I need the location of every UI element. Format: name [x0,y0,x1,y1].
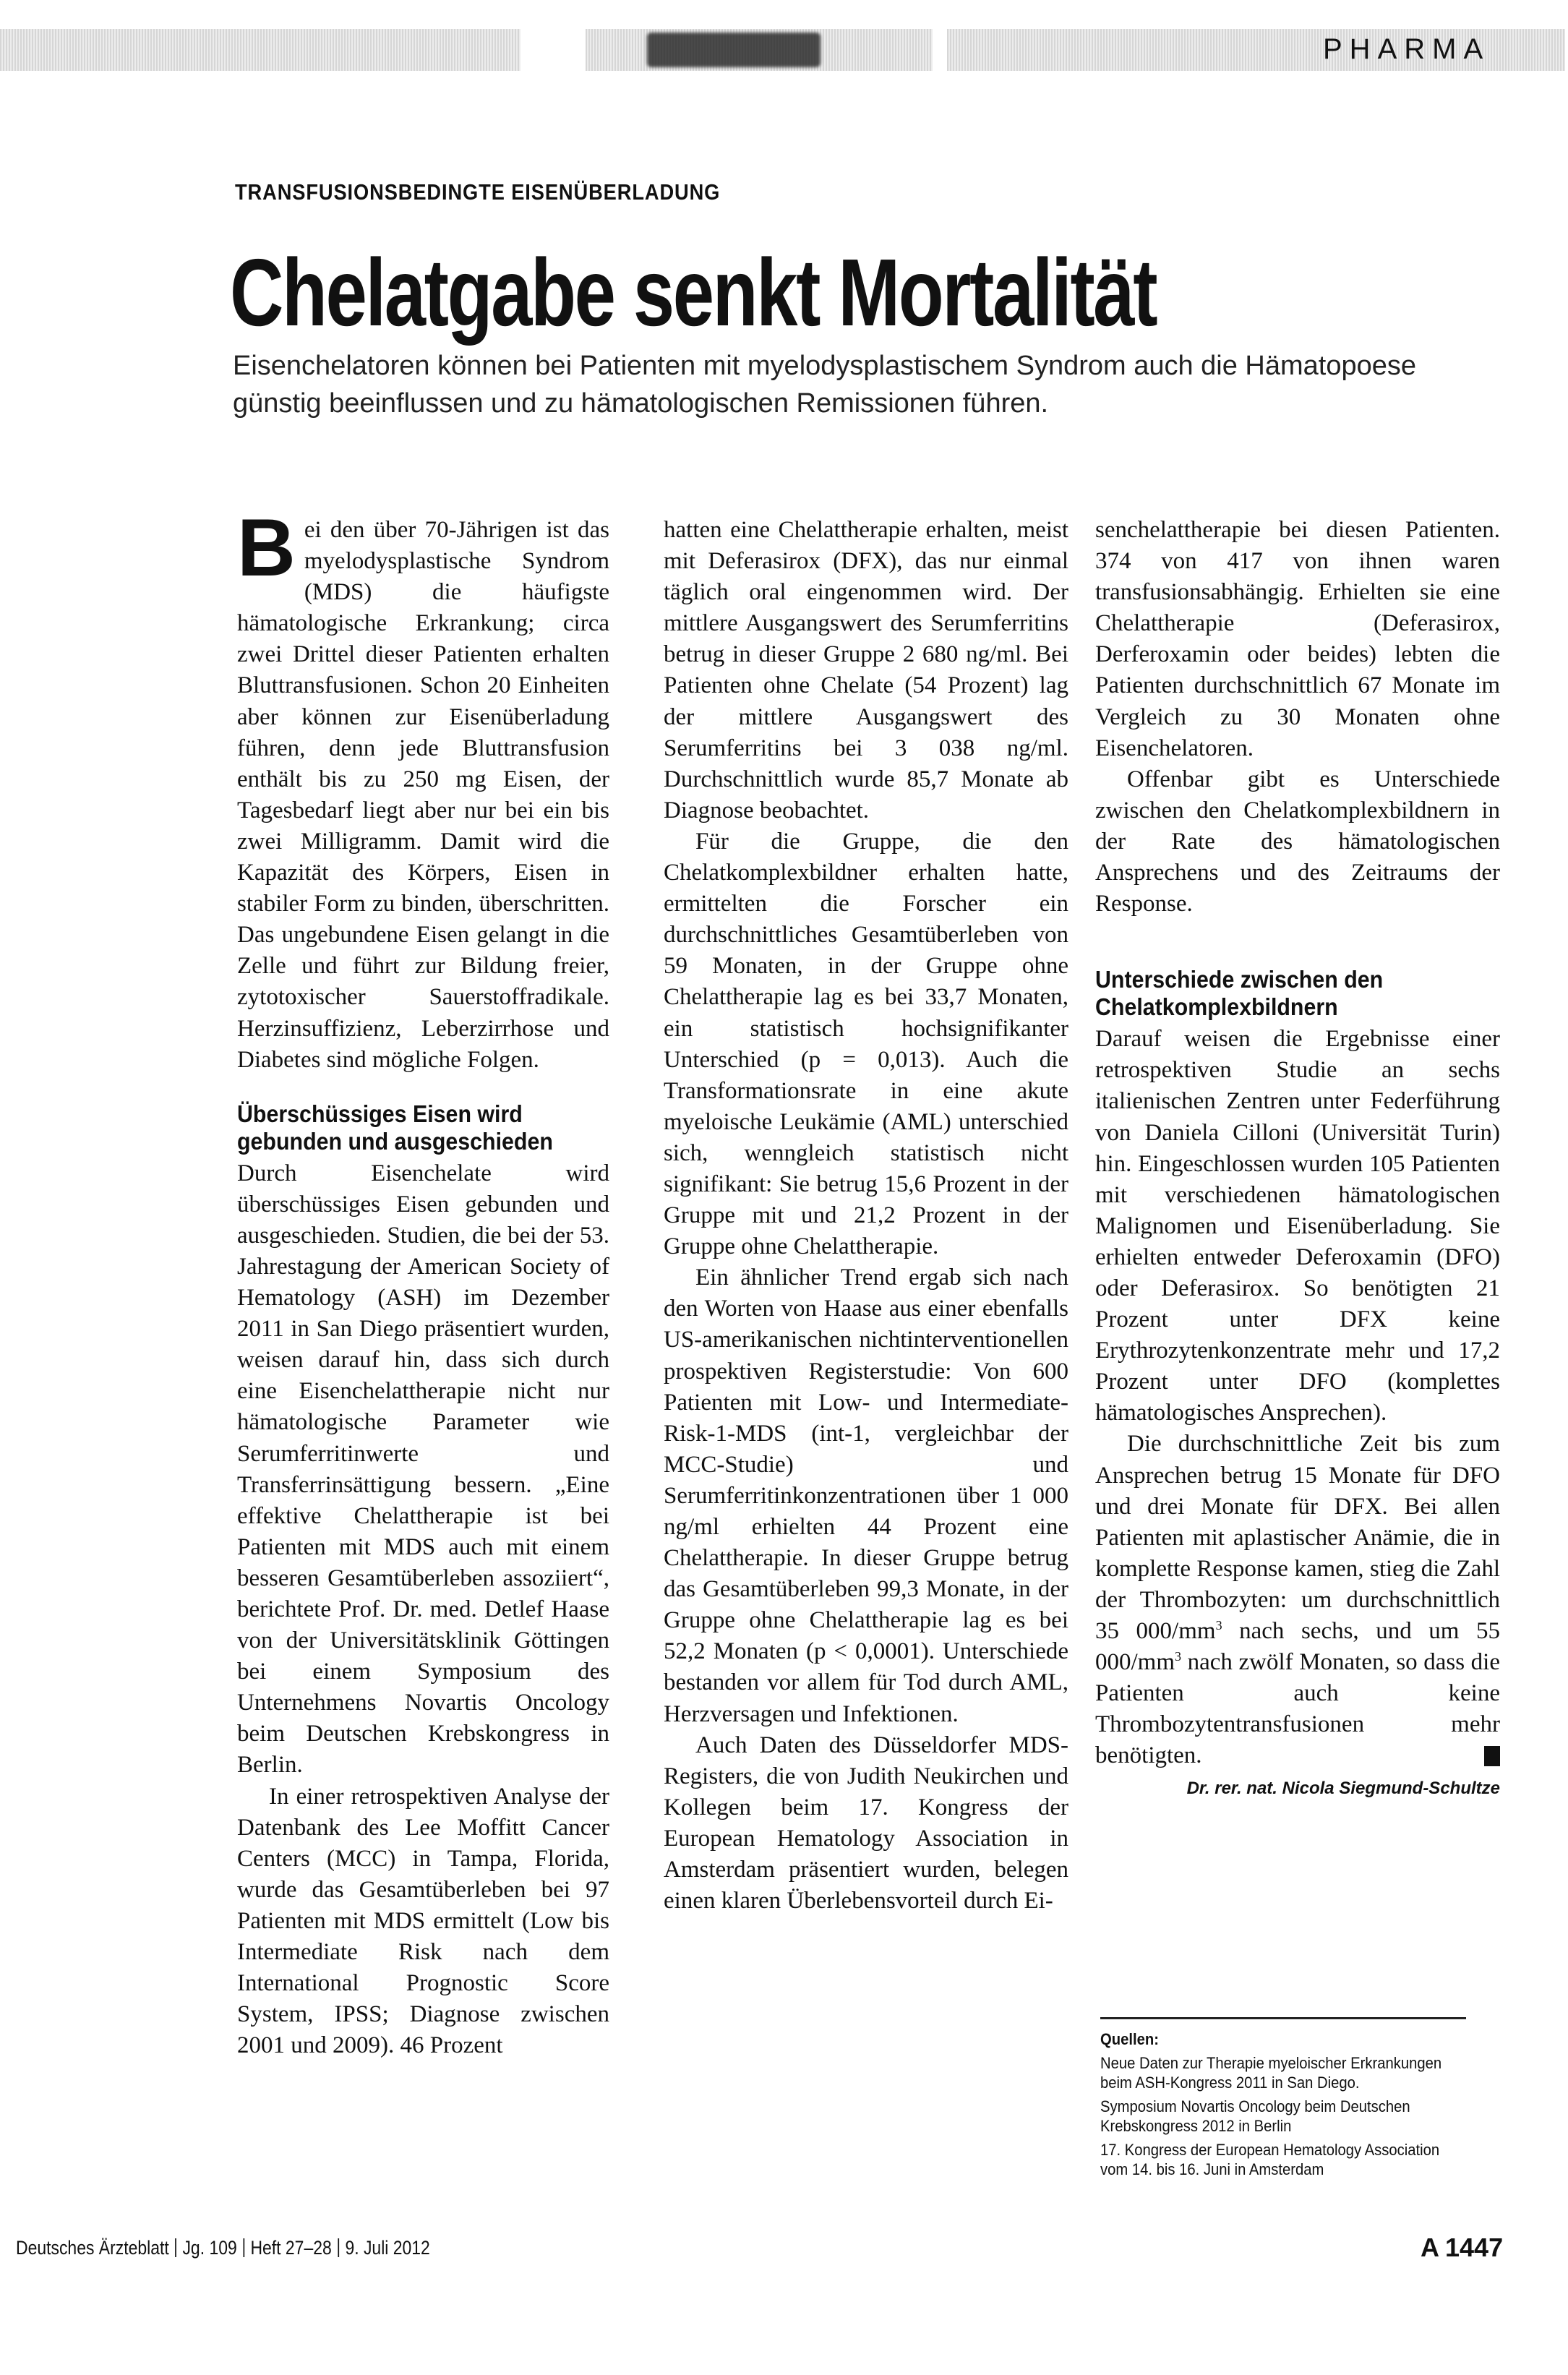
page-number: A1447 [1421,2233,1503,2263]
header-logo-blot [647,33,821,67]
paragraph: Auch Daten des Düsseldorfer MDS-Register… [664,1730,1068,1917]
divider [175,2238,176,2257]
author-byline: Dr. rer. nat. Nicola Siegmund-Schultze [1095,1774,1500,1803]
article-dek: Eisenchelatoren können bei Patienten mit… [233,347,1505,422]
page-prefix: A [1421,2233,1439,2262]
header-band-left [0,29,520,71]
paragraph-text: ei den über 70-Jährigen ist das myelodys… [237,517,609,1073]
divider [338,2238,339,2257]
page-number-value: 1447 [1445,2233,1503,2262]
superscript: 3 [1216,1618,1222,1632]
drop-cap: B [237,518,296,578]
divider [243,2238,244,2257]
paragraph-text: Die durchschnittliche Zeit bis zum Anspr… [1095,1431,1500,1644]
article-column-2: hatten eine Chelattherapie erhalten, mei… [664,515,1068,1917]
source-item: 17. Kongress der European Hematology Ass… [1100,2140,1466,2179]
paragraph: Darauf weisen die Ergebnisse einer retro… [1095,1024,1500,1429]
subheading: Überschüssiges Eisen wird gebunden und a… [237,1100,580,1155]
paragraph: Die durchschnittliche Zeit bis zum Anspr… [1095,1429,1500,1771]
sources-heading: Quellen: [1100,2029,1466,2049]
article-column-3: senchelattherapie bei diesen Patienten. … [1095,515,1500,1803]
issue: Heft 27–28 [250,2237,331,2259]
paragraph: hatten eine Chelattherapie erhalten, mei… [664,515,1068,826]
issue-date: 9. Juli 2012 [345,2237,429,2259]
paragraph: Für die Gruppe, die den Chelatkomplexbil… [664,826,1068,1262]
publication-name: Deutsches Ärzteblatt [16,2237,169,2259]
source-item: Symposium Novartis Oncology beim Deutsch… [1100,2097,1466,2136]
end-of-article-icon [1484,1746,1500,1766]
article-headline: Chelatgabe senkt Mortalität [230,239,1156,347]
source-item: Neue Daten zur Therapie myeloischer Erkr… [1100,2053,1466,2092]
volume: Jg. 109 [182,2237,236,2259]
subheading: Unterschiede zwischen den Chelatkomplexb… [1095,966,1468,1021]
footer-citation: Deutsches ÄrzteblattJg. 109Heft 27–289. … [16,2237,430,2259]
article-column-1: Bei den über 70-Jährigen ist das myelody… [237,515,609,2061]
paragraph: Offenbar gibt es Unterschiede zwischen d… [1095,764,1500,920]
superscript: 3 [1175,1649,1181,1664]
sources-box: Quellen: Neue Daten zur Therapie myelois… [1100,2017,1466,2179]
paragraph: In einer retrospektiven Analyse der Date… [237,1781,609,2062]
paragraph: senchelattherapie bei diesen Patienten. … [1095,515,1500,764]
paragraph: Ein ähnlicher Trend ergab sich nach den … [664,1262,1068,1729]
article-kicker: TRANSFUSIONSBEDINGTE EISENÜBERLADUNG [235,179,720,205]
paragraph: Durch Eisenchelate wird überschüssiges E… [237,1158,609,1781]
section-label: PHARMA [1323,27,1490,71]
paragraph: Bei den über 70-Jährigen ist das myelody… [237,515,609,1076]
